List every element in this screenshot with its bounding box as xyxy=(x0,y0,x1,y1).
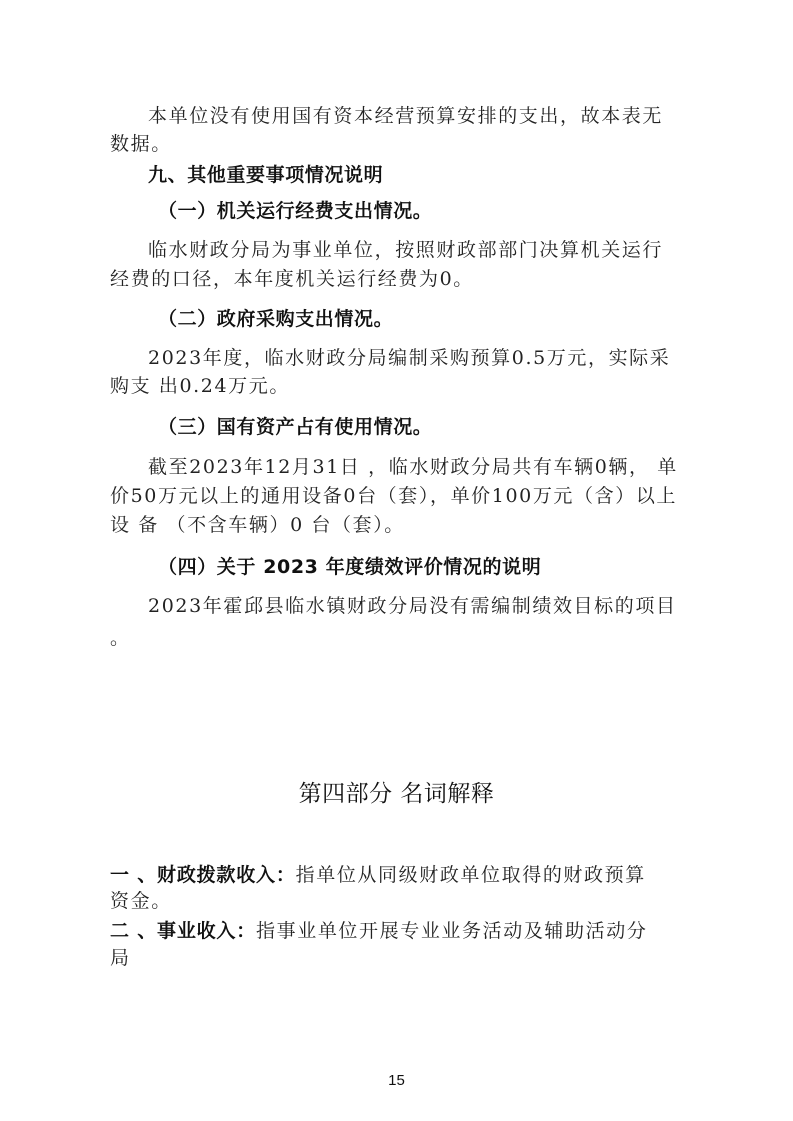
paragraph-line: 价50万元以上的通用设备0台（套），单价100万元（含）以上 xyxy=(110,482,690,510)
term-definition: 指事业单位开展专业业务活动及辅助活动分 xyxy=(256,920,647,942)
paragraph-line: 经费的口径，本年度机关运行经费为0。 xyxy=(110,265,690,293)
paragraph-line: 数据。 xyxy=(110,130,690,158)
term-name: 财政拨款收入： xyxy=(157,864,296,886)
term-prefix: 二 、 xyxy=(110,920,157,942)
subsection-heading: （一）机关运行经费支出情况。 xyxy=(158,197,738,225)
part-title: 第四部分 名词解释 xyxy=(0,778,793,810)
paragraph-line: 截至2023年12月31日 ，临水财政分局共有车辆0辆， 单 xyxy=(148,453,728,481)
section-heading: 九、其他重要事项情况说明 xyxy=(148,161,728,189)
paragraph-line: 本单位没有使用国有资本经营预算安排的支出，故本表无 xyxy=(148,102,728,130)
term-entry: 一 、财政拨款收入：指单位从同级财政单位取得的财政预算 xyxy=(110,861,690,889)
term-definition-line: 局 xyxy=(110,944,690,972)
term-name: 事业收入： xyxy=(157,920,256,942)
term-entry: 二 、事业收入：指事业单位开展专业业务活动及辅助活动分 xyxy=(110,917,690,945)
document-page: 本单位没有使用国有资本经营预算安排的支出，故本表无 数据。 九、其他重要事项情况… xyxy=(0,0,793,1121)
paragraph-line: 2023年霍邱县临水镇财政分局没有需编制绩效目标的项目 xyxy=(148,592,728,620)
subsection-heading: （四）关于 2023 年度绩效评价情况的说明 xyxy=(158,553,738,581)
term-definition-line: 资金。 xyxy=(110,887,690,915)
term-prefix: 一 、 xyxy=(110,864,157,886)
subsection-heading: （二）政府采购支出情况。 xyxy=(158,305,738,333)
paragraph-line: 2023年度，临水财政分局编制采购预算0.5万元，实际采 xyxy=(148,344,728,372)
paragraph-line: 临水财政分局为事业单位，按照财政部部门决算机关运行 xyxy=(148,236,728,264)
page-number: 15 xyxy=(0,1072,793,1089)
paragraph-line: 设 备 （不含车辆）0 台（套）。 xyxy=(110,511,690,539)
subsection-heading: （三）国有资产占有使用情况。 xyxy=(158,413,738,441)
term-definition: 指单位从同级财政单位取得的财政预算 xyxy=(296,864,646,886)
paragraph-line: 购支 出0.24万元。 xyxy=(110,372,690,400)
paragraph-line: 。 xyxy=(110,624,690,652)
